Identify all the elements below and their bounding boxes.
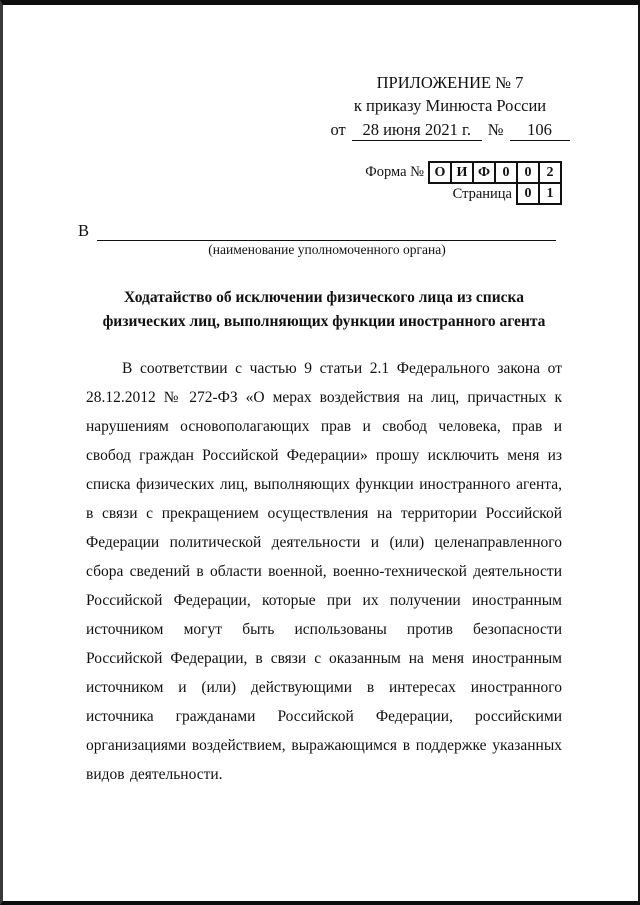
addressee-blank-field (97, 221, 556, 241)
form-page-cell: 0 (517, 183, 539, 204)
form-label: Форма № (365, 162, 429, 183)
form-code-row: Форма № О И Ф 0 0 2 (365, 162, 561, 183)
document-body-paragraph: В соответствии с частью 9 статьи 2.1 Фед… (86, 354, 562, 789)
form-code-cell: 0 (495, 162, 517, 183)
form-code-block: Форма № О И Ф 0 0 2 Страница 0 1 (365, 161, 562, 205)
appendix-subtitle: к приказу Минюста России (340, 94, 560, 117)
appendix-title: ПРИЛОЖЕНИЕ № 7 (340, 71, 560, 94)
order-number-field: 106 (510, 120, 570, 141)
from-label: от (331, 118, 346, 141)
form-code-cell: 0 (517, 162, 539, 183)
form-code-cell: О (429, 162, 451, 183)
appendix-header: ПРИЛОЖЕНИЕ № 7 к приказу Минюста России … (340, 71, 560, 141)
document-title: Ходатайство об исключении физического ли… (86, 286, 562, 333)
form-page-row: Страница 0 1 (365, 183, 561, 204)
page-label: Страница (365, 183, 517, 204)
form-code-cell: И (451, 162, 473, 183)
form-page-cell: 1 (539, 183, 561, 204)
number-sign: № (488, 118, 504, 141)
order-date-field: 28 июня 2021 г. (352, 120, 482, 141)
addressee-block: В (наименование уполномоченного органа) (78, 221, 556, 258)
form-code-table: Форма № О И Ф 0 0 2 Страница 0 1 (365, 161, 562, 205)
form-code-cell: 2 (539, 162, 561, 183)
addressee-line: В (78, 221, 556, 241)
document-page: ПРИЛОЖЕНИЕ № 7 к приказу Минюста России … (0, 0, 640, 905)
addressee-prefix: В (78, 221, 97, 241)
order-date-line: от 28 июня 2021 г. № 106 (340, 118, 560, 141)
form-code-cell: Ф (473, 162, 495, 183)
addressee-caption: (наименование уполномоченного органа) (78, 242, 556, 258)
